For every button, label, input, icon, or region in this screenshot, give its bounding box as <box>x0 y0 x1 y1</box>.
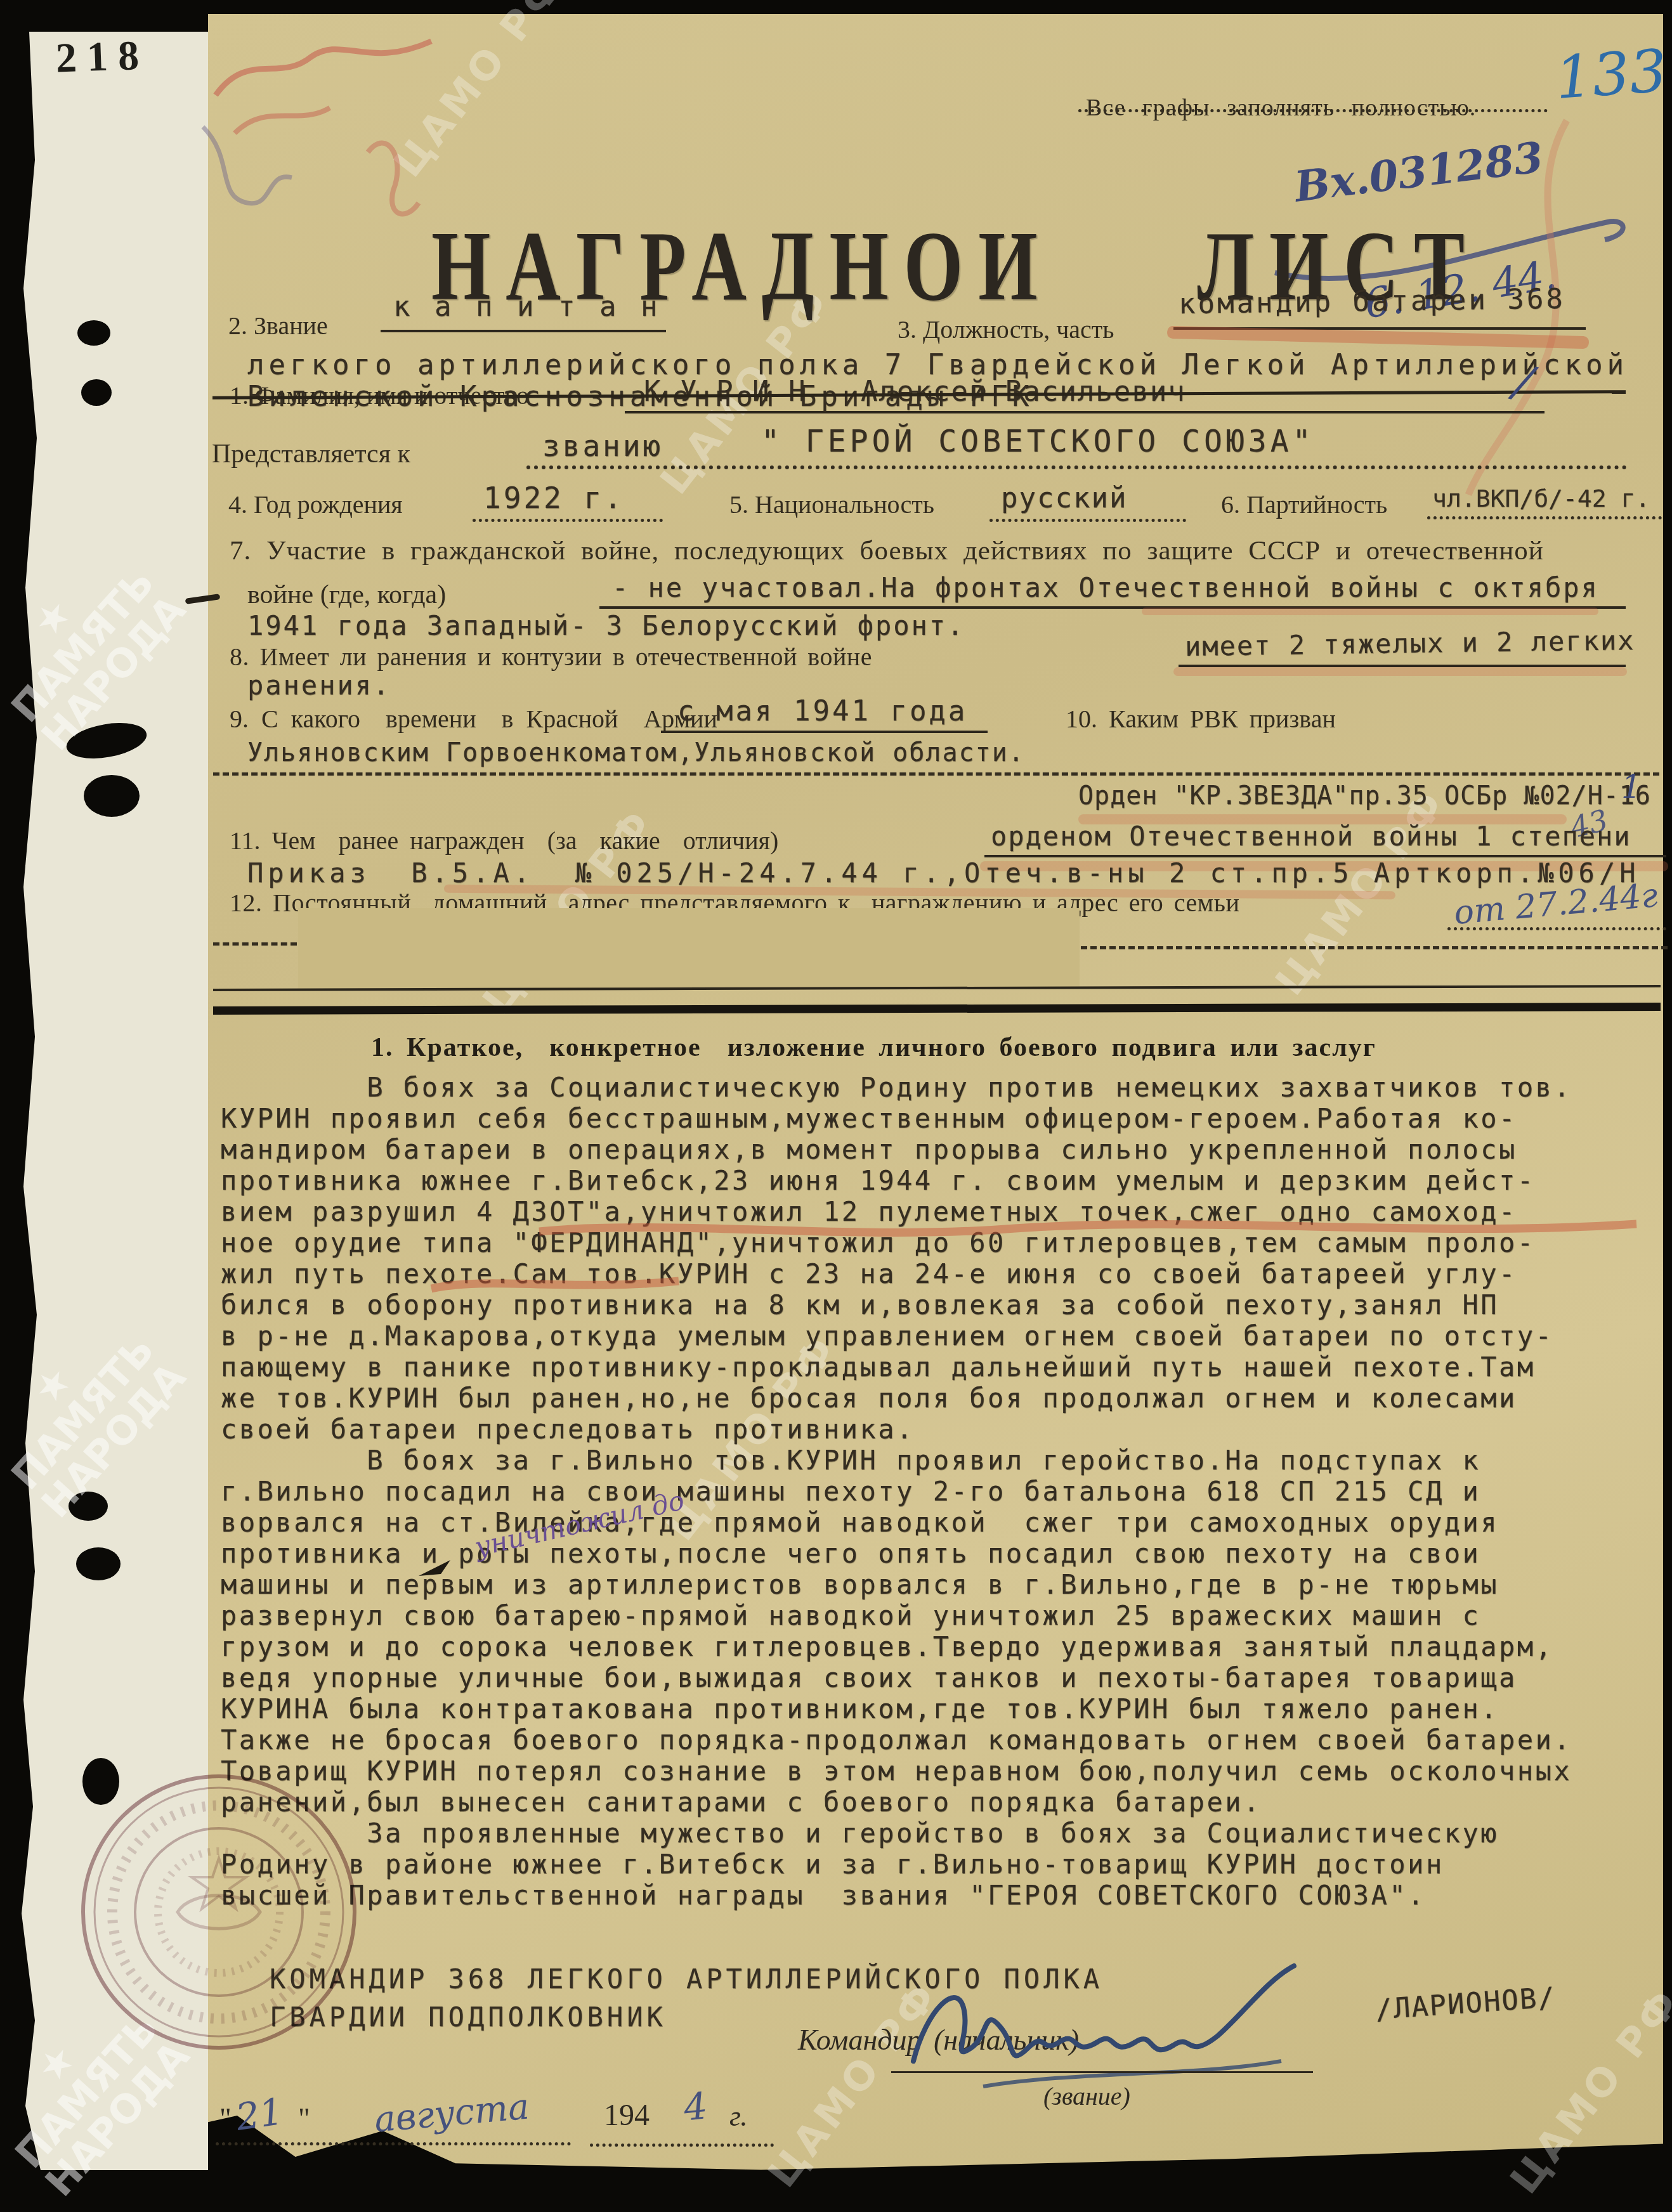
field6-underline <box>1427 516 1662 519</box>
body-line: ведя упорные уличные бои,выжидая своих т… <box>221 1662 1572 1693</box>
body-line: пающему в панике противнику-прокладывал … <box>221 1351 1572 1382</box>
binding-hole <box>77 320 110 346</box>
citation-body: В боях за Социалистическую Родину против… <box>221 1072 1572 1911</box>
present-underline <box>526 465 1627 469</box>
red-underline-field8 <box>1173 667 1627 676</box>
insertion-caret <box>415 1547 466 1585</box>
body-line: развернул свою батарею-прямой наводкой у… <box>221 1600 1572 1631</box>
fill-note: Все графы заполнять полностью. <box>1086 94 1476 122</box>
body-line: своей батареи преследовать противника. <box>221 1414 1572 1445</box>
date-underline-left <box>216 2142 571 2145</box>
field9-underline <box>661 731 988 733</box>
award-note: Орден "КР.ЗВЕЗДА"пр.35 ОСБр №02/Н-16 <box>1078 781 1651 810</box>
field6-label: 6. Партийность <box>1221 490 1387 519</box>
field2-value: к а п и т а н <box>393 290 661 323</box>
body-line: КУРИНА была контратакована противником,г… <box>221 1693 1572 1724</box>
date-day-handwritten: 21 <box>233 2090 286 2139</box>
body-line: КУРИН проявил себя бесстрашным,мужествен… <box>221 1103 1572 1134</box>
body-line: ворвался на ст.Вилейка,где прямой наводк… <box>221 1507 1572 1538</box>
present-value-award: " ГЕРОЙ СОВЕТСКОГО СОЮЗА" <box>761 424 1314 459</box>
body-line: Товарищ КУРИН потерял сознание в этом не… <box>221 1755 1572 1786</box>
body-line: г.Вильно посадил на свои машины пехоту 2… <box>221 1476 1572 1507</box>
field8-value1: имеет 2 тяжелых и 2 легких <box>1185 625 1635 662</box>
field11-value: орденом Отечественной войны 1 степени <box>991 821 1631 852</box>
rank-label: (звание) <box>1043 2081 1130 2111</box>
field7-label2: войне (где, когда) <box>247 580 446 610</box>
field7-value1: - не участовал.На фронтах Отечественной … <box>612 572 1599 603</box>
section-title: 1. Краткое, конкретное изложение личного… <box>371 1032 1376 1063</box>
field8-value2: ранения. <box>247 670 391 701</box>
body-line: В боях за г.Вильно тов.КУРИН проявил гер… <box>221 1445 1572 1476</box>
field10-value: Ульяновским Горвоенкоматом,Ульяновской о… <box>247 738 1025 767</box>
field4-underline <box>473 519 663 522</box>
date-year-handwritten: 4 <box>682 2084 710 2129</box>
address-rule-left <box>213 942 297 946</box>
field2-label: 2. Звание <box>228 311 328 341</box>
body-line: высшей Правительственной награды звания … <box>221 1880 1572 1911</box>
present-label: Представляется к <box>212 439 410 469</box>
round-stamp <box>63 1757 374 2067</box>
field7-value2: 1941 года Западный- 3 Белорусский фронт. <box>247 610 965 641</box>
field6-value: чл.ВКП/б/-42 г. <box>1432 485 1650 512</box>
date-close-quote: " <box>298 2102 310 2135</box>
body-line: За проявленные мужество и геройство в бо… <box>221 1818 1572 1849</box>
binding-hole <box>76 1547 121 1580</box>
field10-label: 10. Каким РВК призван <box>1066 704 1336 734</box>
field5-value: русский <box>1001 482 1127 514</box>
field2-underline <box>381 330 666 332</box>
present-value-rank: званию <box>542 429 663 463</box>
body-line: мандиром батареи в операциях,в момент пр… <box>221 1134 1572 1165</box>
field5-label: 5. Национальность <box>729 490 934 519</box>
pen-page-number: 133 <box>1553 37 1669 112</box>
body-line: в р-не д.Макарова,откуда умелым управлен… <box>221 1320 1572 1351</box>
field8-label: 8. Имеет ли ранения и контузии в отечест… <box>230 642 872 672</box>
date-year-printed: 194 <box>604 2098 650 2133</box>
red-underline-field7 <box>1142 608 1598 615</box>
date-suffix: г. <box>729 2099 748 2133</box>
field4-value: 1922 г. <box>483 481 624 515</box>
award-note-handwritten-1: 1 <box>1621 769 1642 805</box>
field3-value: командир батареи 368 <box>1179 283 1565 321</box>
red-pencil-scribble <box>178 13 482 241</box>
fill-note-underline <box>1078 109 1548 112</box>
field10-rule <box>213 772 1659 776</box>
field5-underline <box>989 519 1186 522</box>
field11-value-line2: Приказ В.5.А. № 025/Н-24.7.44 г.,Отеч.в-… <box>247 857 1640 888</box>
body-line: же тов.КУРИН был ранен,но,не бросая поля… <box>221 1382 1572 1414</box>
field11-label: 11. Чем ранее награжден (за какие отличи… <box>230 826 778 856</box>
binding-hole <box>81 379 112 406</box>
body-line: Родину в районе южнее г.Витебск и за г.В… <box>221 1849 1572 1880</box>
date-underline-right <box>590 2144 774 2147</box>
body-line: противника южнее г.Витебск,23 июня 1944 … <box>221 1165 1572 1196</box>
redacted-address-block <box>298 908 1080 989</box>
address-rule-right <box>1081 946 1668 949</box>
page-number-stamp: 218 <box>55 31 150 82</box>
date-open-quote: " <box>219 2102 232 2135</box>
body-line: ранений,был вынесен санитарами с боевого… <box>221 1786 1572 1818</box>
binding-hole <box>84 775 140 817</box>
commander-signature <box>888 1941 1332 2093</box>
body-line: Также не бросая боевого порядка-продолжа… <box>221 1724 1572 1755</box>
field3-label: 3. Должность, часть <box>898 315 1114 344</box>
field9-label: 9. С какого времени в Красной Армии <box>230 704 717 734</box>
body-line: грузом и до сорока человек гитлеровцев.Т… <box>221 1631 1572 1662</box>
field7-label: 7. Участие в гражданской войне, последую… <box>230 535 1544 566</box>
field3-value-line2: легкого артиллерийского полка 7 Гвардейс… <box>247 349 1628 381</box>
field4-label: 4. Год рождения <box>228 490 403 519</box>
red-wavy-underline <box>412 1213 1668 1301</box>
body-line: В боях за Социалистическую Родину против… <box>221 1072 1572 1103</box>
field9-value: с мая 1941 года <box>677 695 967 727</box>
scanned-award-sheet: ★ ПАМЯТЬ НАРОДА ★ ПАМЯТЬ НАРОДА ★ ПАМЯТЬ… <box>0 0 1672 2212</box>
field12-hw-underline <box>1447 927 1666 930</box>
signature-underline <box>891 2071 1313 2073</box>
